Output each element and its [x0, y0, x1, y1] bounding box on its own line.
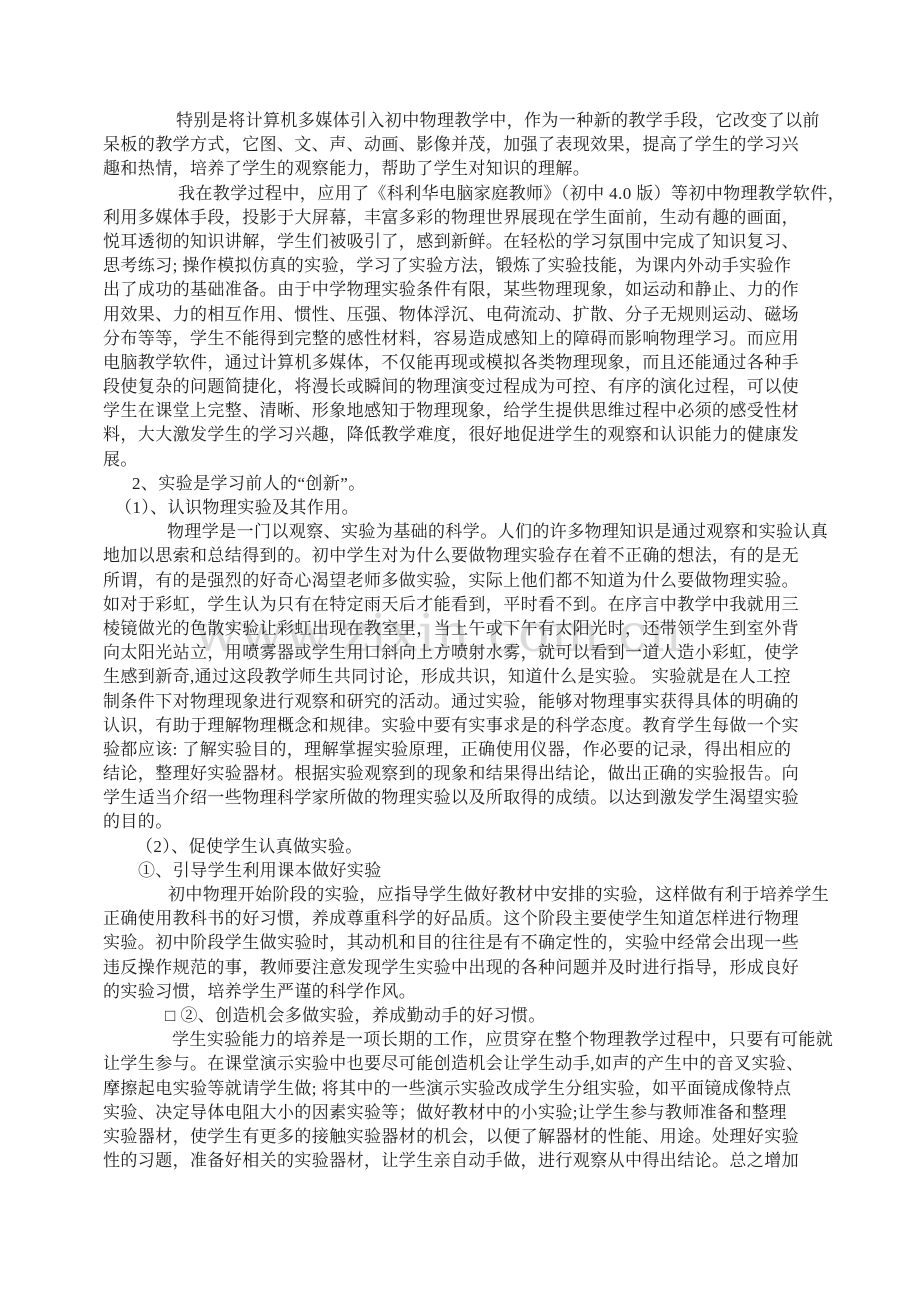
text-line: 结论，整理好实验器材。根据实验观察到的现象和结果得出结论，做出正确的实验报告。向: [103, 762, 817, 786]
text-line: 违反操作规范的事，教师要注意发现学生实验中出现的各种问题并及时进行指导，形成良好: [103, 956, 817, 980]
text-line: 让学生参与。在课堂演示实验中也要尽可能创造机会让学生动手,如声的产生中的音叉实验…: [103, 1052, 817, 1076]
text-line: 趣和热情，培养了学生的观察能力，帮助了学生对知识的理解。: [103, 157, 817, 181]
text-line: 电脑教学软件，通过计算机多媒体，不仅能再现或模拟各类物理现象，而且还能通过各种手: [103, 351, 817, 375]
text-line: 特别是将计算机多媒体引入初中物理教学中，作为一种新的教学手段，它改变了以前: [103, 109, 817, 133]
text-line: 悦耳透彻的知识讲解，学生们被吸引了，感到新鲜。在轻松的学习氛围中完成了知识复习、: [103, 230, 817, 254]
text-line: ①、引导学生利用课本做好实验: [103, 859, 817, 883]
text-line: 我在教学过程中，应用了《科利华电脑家庭教师》（初中 4.0 版）等初中物理教学软…: [103, 182, 817, 206]
text-line: 性的习题，准备好相关的实验器材，让学生亲自动手做，进行观察从中得出结论。总之增加: [103, 1149, 817, 1173]
text-line: 实验器材，使学生有更多的接触实验器材的机会，以便了解器材的性能、用途。处理好实验: [103, 1125, 817, 1149]
text-line: 棱镜做光的色散实验让彩虹出现在教室里，当上午或下午有太阳光时，还带领学生到室外背: [103, 617, 817, 641]
text-line: 思考练习; 操作模拟仿真的实验，学习了实验方法，锻炼了实验技能，为课内外动手实验…: [103, 254, 817, 278]
text-line: 摩擦起电实验等就请学生做; 将其中的一些演示实验改成学生分组实验，如平面镜成像特…: [103, 1077, 817, 1101]
text-line: 学生实验能力的培养是一项长期的工作，应贯穿在整个物理教学过程中，只要有可能就: [103, 1028, 817, 1052]
text-line: 向太阳光站立，用喷雾器或学生用口斜向上方喷射水雾，就可以看到一道人造小彩虹，使学: [103, 641, 817, 665]
document-page: www.zixin.com.cn 特别是将计算机多媒体引入初中物理教学中，作为一…: [0, 0, 920, 1302]
text-line: 验都应该: 了解实验目的，理解掌握实验原理，正确使用仪器，作必要的记录，得出相应…: [103, 738, 817, 762]
text-line: 如对于彩虹，学生认为只有在特定雨天后才能看到，平时看不到。在序言中教学中我就用三: [103, 593, 817, 617]
text-line: 生感到新奇,通过这段教学师生共同讨论，形成共识，知道什么是实验。 实验就是在人工…: [103, 665, 817, 689]
text-line: 的目的。: [103, 810, 817, 834]
text-line: 料，大大激发学生的学习兴趣，降低教学难度，很好地促进学生的观察和认识能力的健康发: [103, 423, 817, 447]
text-line: 段使复杂的问题简捷化，将漫长或瞬间的物理演变过程成为可控、有序的演化过程，可以使: [103, 375, 817, 399]
text-line: 学生在课堂上完整、清晰、形象地感知于物理现象，给学生提供思维过程中必须的感受性材: [103, 399, 817, 423]
text-line: 展。: [103, 448, 817, 472]
text-line: □ ②、创造机会多做实验，养成勤动手的好习惯。: [103, 1004, 817, 1028]
text-line: 的实验习惯，培养学生严谨的科学作风。: [103, 980, 817, 1004]
text-line: 认识，有助于理解物理概念和规律。实验中要有实事求是的科学态度。教育学生每做一个实: [103, 714, 817, 738]
text-line: 出了成功的基础准备。由于中学物理实验条件有限，某些物理现象，如运动和静止、力的作: [103, 278, 817, 302]
text-line: （1）、认识物理实验及其作用。: [103, 496, 817, 520]
text-line: 分布等等，学生不能得到完整的感性材料，容易造成感知上的障碍而影响物理学习。而应用: [103, 327, 817, 351]
text-line: 用效果、力的相互作用、惯性、压强、物体浮沉、电荷流动、扩散、分子无规则运动、磁场: [103, 303, 817, 327]
text-line: 地加以思索和总结得到的。初中学生对为什么要做物理实验存在着不正确的想法，有的是无: [103, 544, 817, 568]
text-line: 2、实验是学习前人的“创新”。: [103, 472, 817, 496]
text-line: 物理学是一门以观察、实验为基础的科学。人们的许多物理知识是通过观察和实验认真: [103, 520, 817, 544]
text-line: 制条件下对物理现象进行观察和研究的活动。通过实验，能够对物理事实获得具体的明确的: [103, 690, 817, 714]
text-line: 实验、决定导体电阻大小的因素实验等；做好教材中的小实验;让学生参与教师准备和整理: [103, 1101, 817, 1125]
text-line: 实验。初中阶段学生做实验时，其动机和目的往往是有不确定性的，实验中经常会出现一些: [103, 931, 817, 955]
text-line: 正确使用教科书的好习惯，养成尊重科学的好品质。这个阶段主要使学生知道怎样进行物理: [103, 907, 817, 931]
document-body: 特别是将计算机多媒体引入初中物理教学中，作为一种新的教学手段，它改变了以前呆板的…: [103, 109, 817, 1173]
text-line: 利用多媒体手段，投影于大屏幕，丰富多彩的物理世界展现在学生面前，生动有趣的画面，: [103, 206, 817, 230]
text-line: 呆板的教学方式，它图、文、声、动画、影像并茂，加强了表现效果，提高了学生的学习兴: [103, 133, 817, 157]
text-line: 所谓，有的是强烈的好奇心渴望老师多做实验，实际上他们都不知道为什么要做物理实验。: [103, 569, 817, 593]
text-line: 初中物理开始阶段的实验，应指导学生做好教材中安排的实验，这样做有利于培养学生: [103, 883, 817, 907]
text-line: 学生适当介绍一些物理科学家所做的物理实验以及所取得的成绩。以达到激发学生渴望实验: [103, 786, 817, 810]
text-line: （2）、促使学生认真做实验。: [103, 835, 817, 859]
